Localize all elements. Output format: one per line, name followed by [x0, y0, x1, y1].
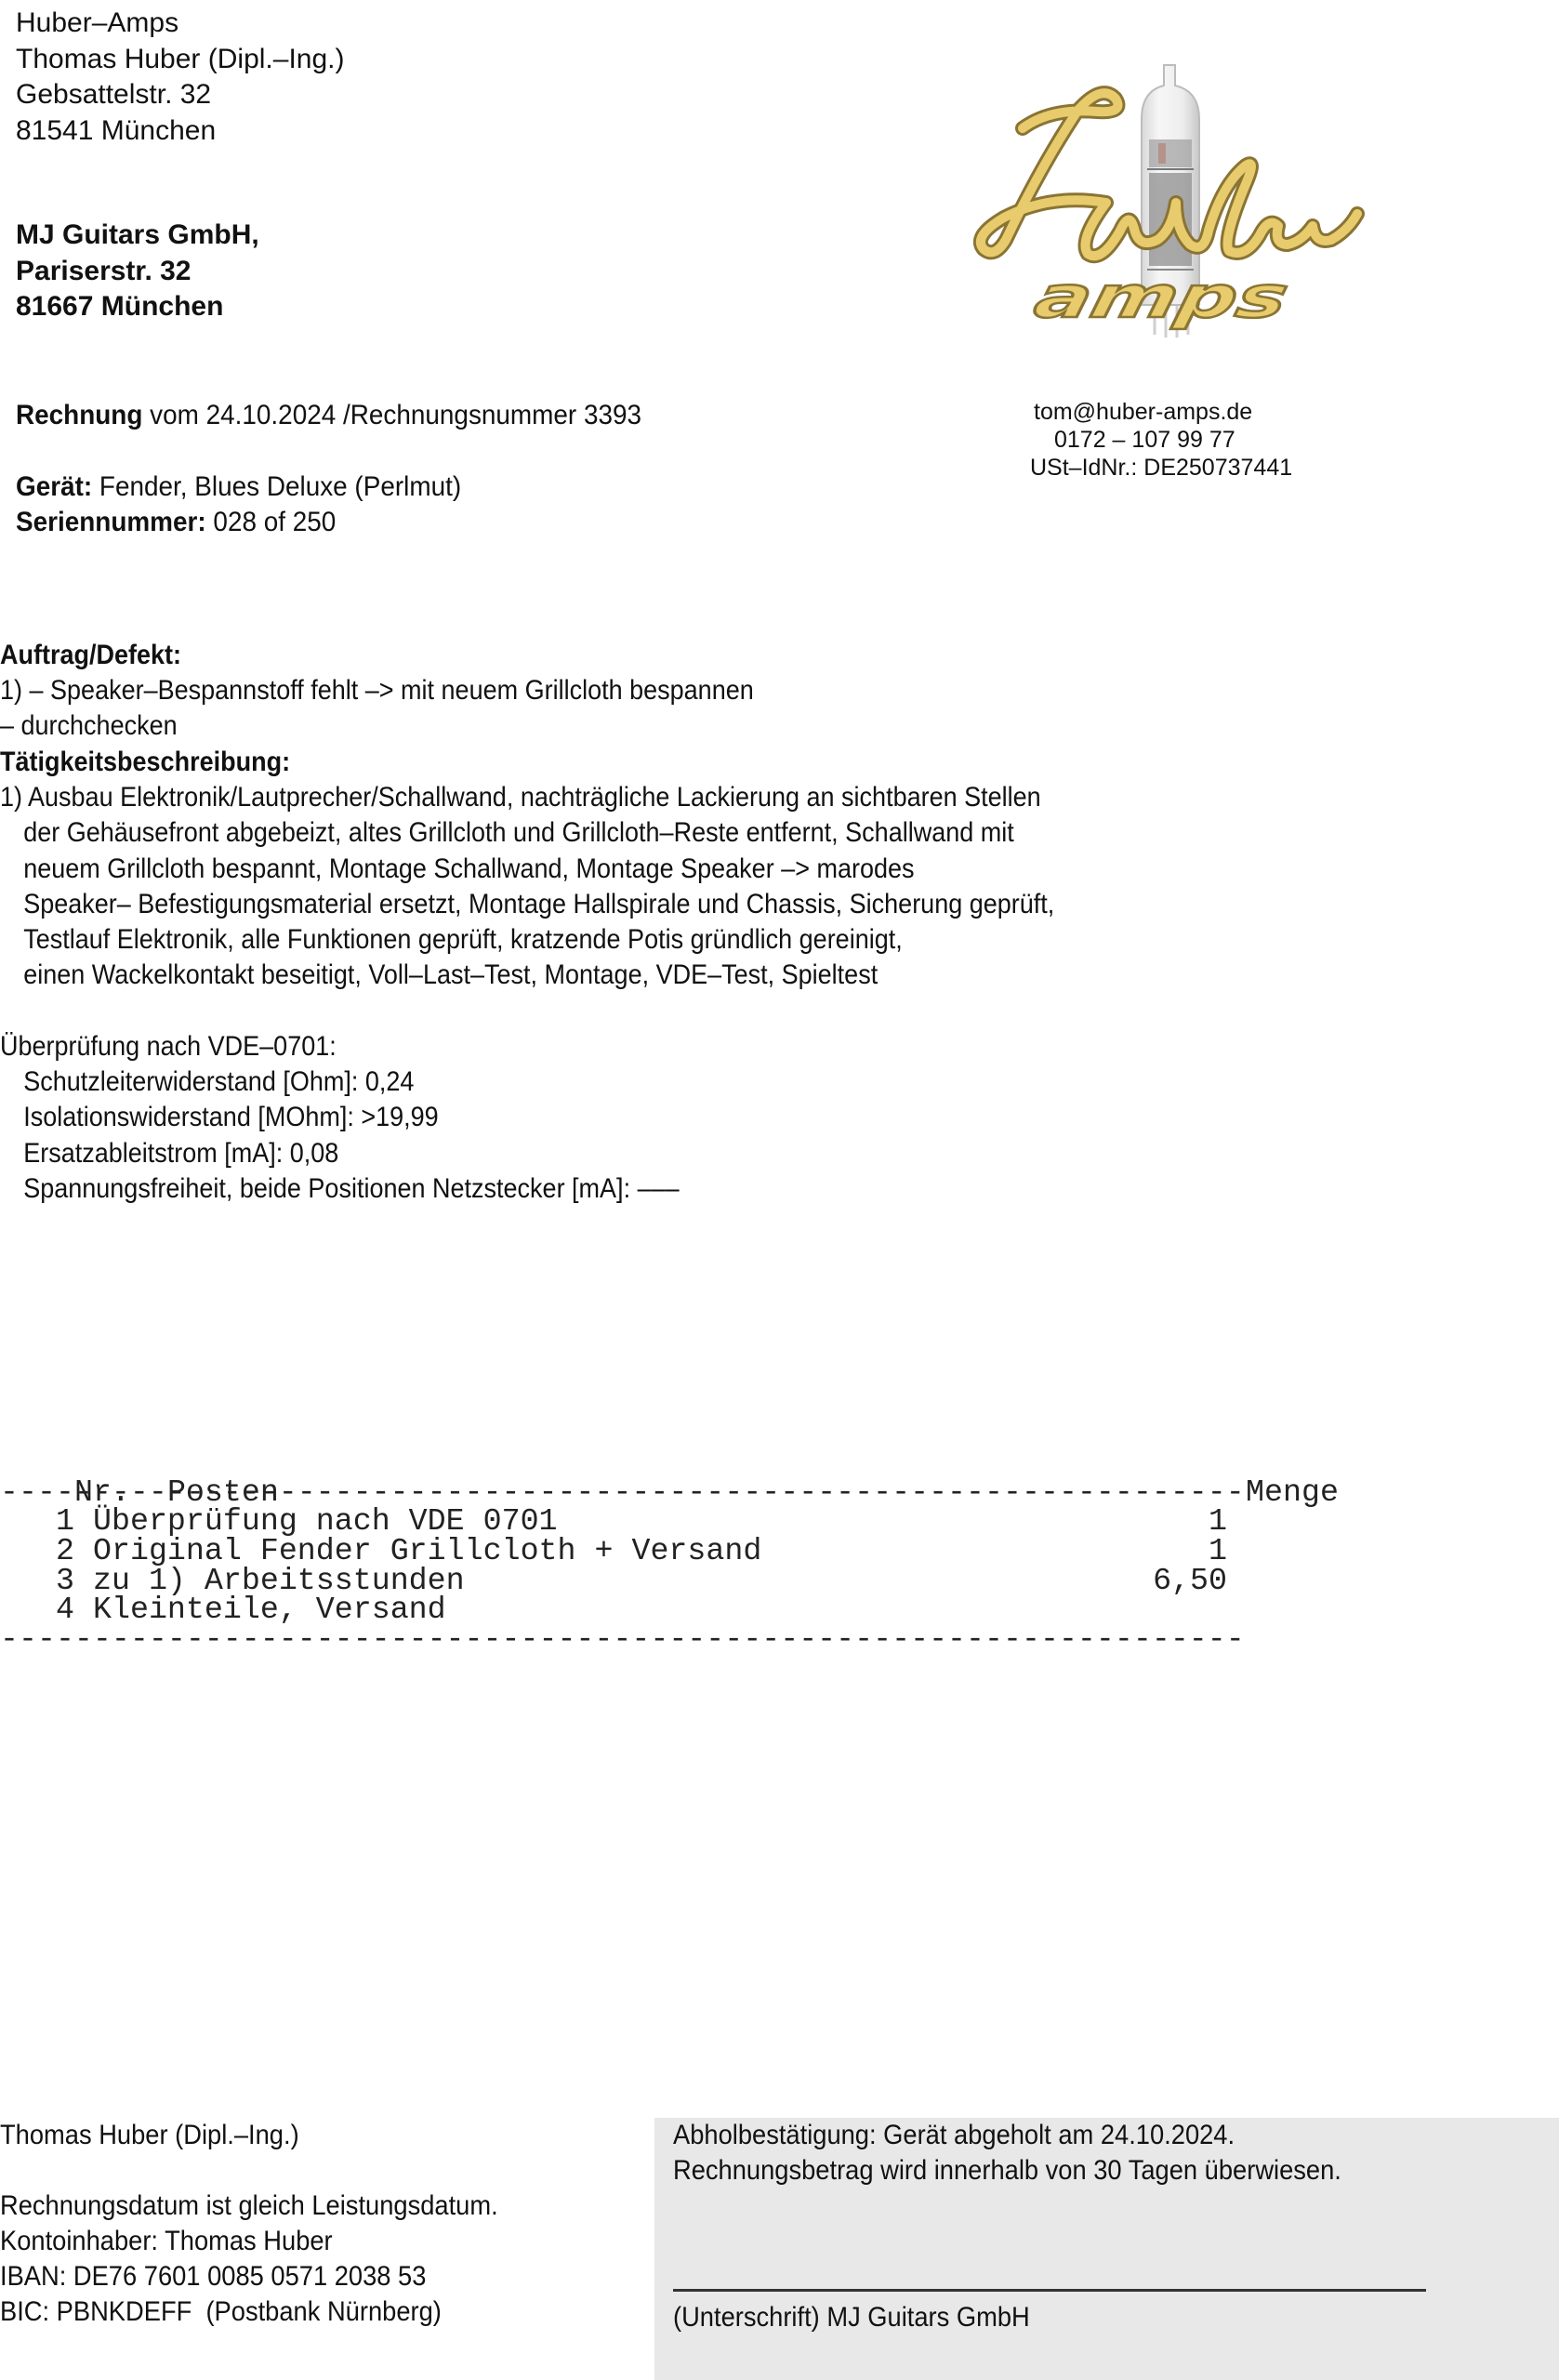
items-table: Nr.PostenMenge -------------------------…: [0, 1448, 1339, 1655]
recipient-company: MJ Guitars GmbH,: [16, 218, 259, 254]
device-value: Fender, Blues Deluxe (Perlmut): [92, 471, 461, 502]
contact-info: tom@huber-amps.de 0172 – 107 99 77 USt–I…: [1030, 398, 1292, 482]
order-section: Auftrag/Defekt: 1) – Speaker–Bespannstof…: [0, 638, 754, 745]
device-label: Gerät:: [16, 471, 92, 502]
row-nr: 4: [0, 1595, 93, 1625]
sender-name: Thomas Huber (Dipl.–Ing.): [16, 42, 344, 78]
signature-line: [673, 2289, 1426, 2292]
invoice-label: Rechnung: [16, 400, 142, 430]
footer-iban: IBAN: DE76 7601 0085 0571 2038 53: [0, 2259, 498, 2294]
work-line: Testlauf Elektronik, alle Funktionen gep…: [0, 922, 1054, 958]
logo-subtext: amps: [1029, 264, 1294, 331]
recipient-address: MJ Guitars GmbH, Pariserstr. 32 81667 Mü…: [16, 218, 259, 325]
vde-test-section: Überprüfung nach VDE–0701: Schutzleiterw…: [0, 1029, 680, 1207]
invoice-heading: Rechnung vom 24.10.2024 /Rechnungsnummer…: [16, 398, 641, 433]
table-row: 4Kleinteile, Versand: [0, 1595, 1339, 1625]
recipient-city: 81667 München: [16, 289, 259, 325]
vde-measurement: Spannungsfreiheit, beide Positionen Netz…: [0, 1171, 680, 1207]
order-line: – durchchecken: [0, 708, 754, 744]
contact-vat-id: USt–IdNr.: DE250737441: [1030, 454, 1292, 482]
huber-amps-logo: amps: [967, 54, 1376, 342]
row-menge: 6,50: [1097, 1567, 1227, 1596]
order-heading: Auftrag/Defekt:: [0, 638, 754, 673]
device-info: Gerät: Fender, Blues Deluxe (Perlmut) Se…: [16, 469, 461, 540]
vde-heading: Überprüfung nach VDE–0701:: [0, 1029, 680, 1064]
pickup-confirmation: Abholbestätigung: Gerät abgeholt am 24.1…: [673, 2118, 1341, 2153]
work-line: 1) Ausbau Elektronik/Lautprecher/Schallw…: [0, 780, 1054, 815]
recipient-street: Pariserstr. 32: [16, 254, 259, 290]
footer-bank-details: Thomas Huber (Dipl.–Ing.) ​ Rechnungsdat…: [0, 2118, 498, 2330]
table-body: 1Überprüfung nach VDE 070112Original Fen…: [0, 1507, 1339, 1625]
row-nr: 3: [0, 1567, 93, 1596]
footer-account-holder: Kontoinhaber: Thomas Huber: [0, 2224, 498, 2259]
work-line: der Gehäusefront abgebeizt, altes Grillc…: [0, 815, 1054, 851]
serial-value: 028 of 250: [206, 507, 337, 537]
work-line: einen Wackelkontakt beseitigt, Voll–Last…: [0, 958, 1054, 993]
sender-address: Huber–Amps Thomas Huber (Dipl.–Ing.) Geb…: [16, 6, 344, 149]
row-nr: 2: [0, 1537, 93, 1567]
work-heading: Tätigkeitsbeschreibung:: [0, 745, 1054, 780]
contact-email[interactable]: tom@huber-amps.de: [1030, 398, 1292, 426]
table-header: Nr.PostenMenge: [0, 1448, 1339, 1478]
vde-measurement: Ersatzableitstrom [mA]: 0,08: [0, 1136, 680, 1171]
vde-measurement: Schutzleiterwiderstand [Ohm]: 0,24: [0, 1064, 680, 1100]
pickup-payment-note: Rechnungsbetrag wird innerhalb von 30 Ta…: [673, 2153, 1341, 2188]
contact-phone: 0172 – 107 99 77: [1030, 426, 1292, 454]
signature-label: (Unterschrift) MJ Guitars GmbH: [673, 2300, 1030, 2335]
sender-street: Gebsattelstr. 32: [16, 77, 344, 113]
serial-label: Seriennummer:: [16, 507, 206, 537]
vacuum-tube-icon: amps: [967, 54, 1376, 342]
row-posten: Kleinteile, Versand: [93, 1595, 1097, 1625]
order-line: 1) – Speaker–Bespannstoff fehlt –> mit n…: [0, 673, 754, 708]
footer-signature-name: Thomas Huber (Dipl.–Ing.): [0, 2118, 498, 2153]
table-divider: ----------------------------------------…: [0, 1625, 1268, 1655]
sender-city: 81541 München: [16, 113, 344, 150]
work-description-section: Tätigkeitsbeschreibung: 1) Ausbau Elektr…: [0, 745, 1054, 993]
table-row: 2Original Fender Grillcloth + Versand1: [0, 1537, 1339, 1567]
work-line: neuem Grillcloth bespannt, Montage Schal…: [0, 852, 1054, 887]
footer-note: Rechnungsdatum ist gleich Leistungsdatum…: [0, 2188, 498, 2224]
row-nr: 1: [0, 1507, 93, 1537]
invoice-date-number: vom 24.10.2024 /Rechnungsnummer 3393: [142, 400, 641, 430]
pickup-confirmation-text: Abholbestätigung: Gerät abgeholt am 24.1…: [673, 2118, 1341, 2188]
vde-measurement: Isolationswiderstand [MOhm]: >19,99: [0, 1100, 680, 1135]
row-menge: 1: [1097, 1507, 1227, 1537]
work-line: Speaker– Befestigungsmaterial ersetzt, M…: [0, 887, 1054, 922]
sender-company: Huber–Amps: [16, 6, 344, 42]
footer-bic: BIC: PBNKDEFF (Postbank Nürnberg): [0, 2294, 498, 2330]
